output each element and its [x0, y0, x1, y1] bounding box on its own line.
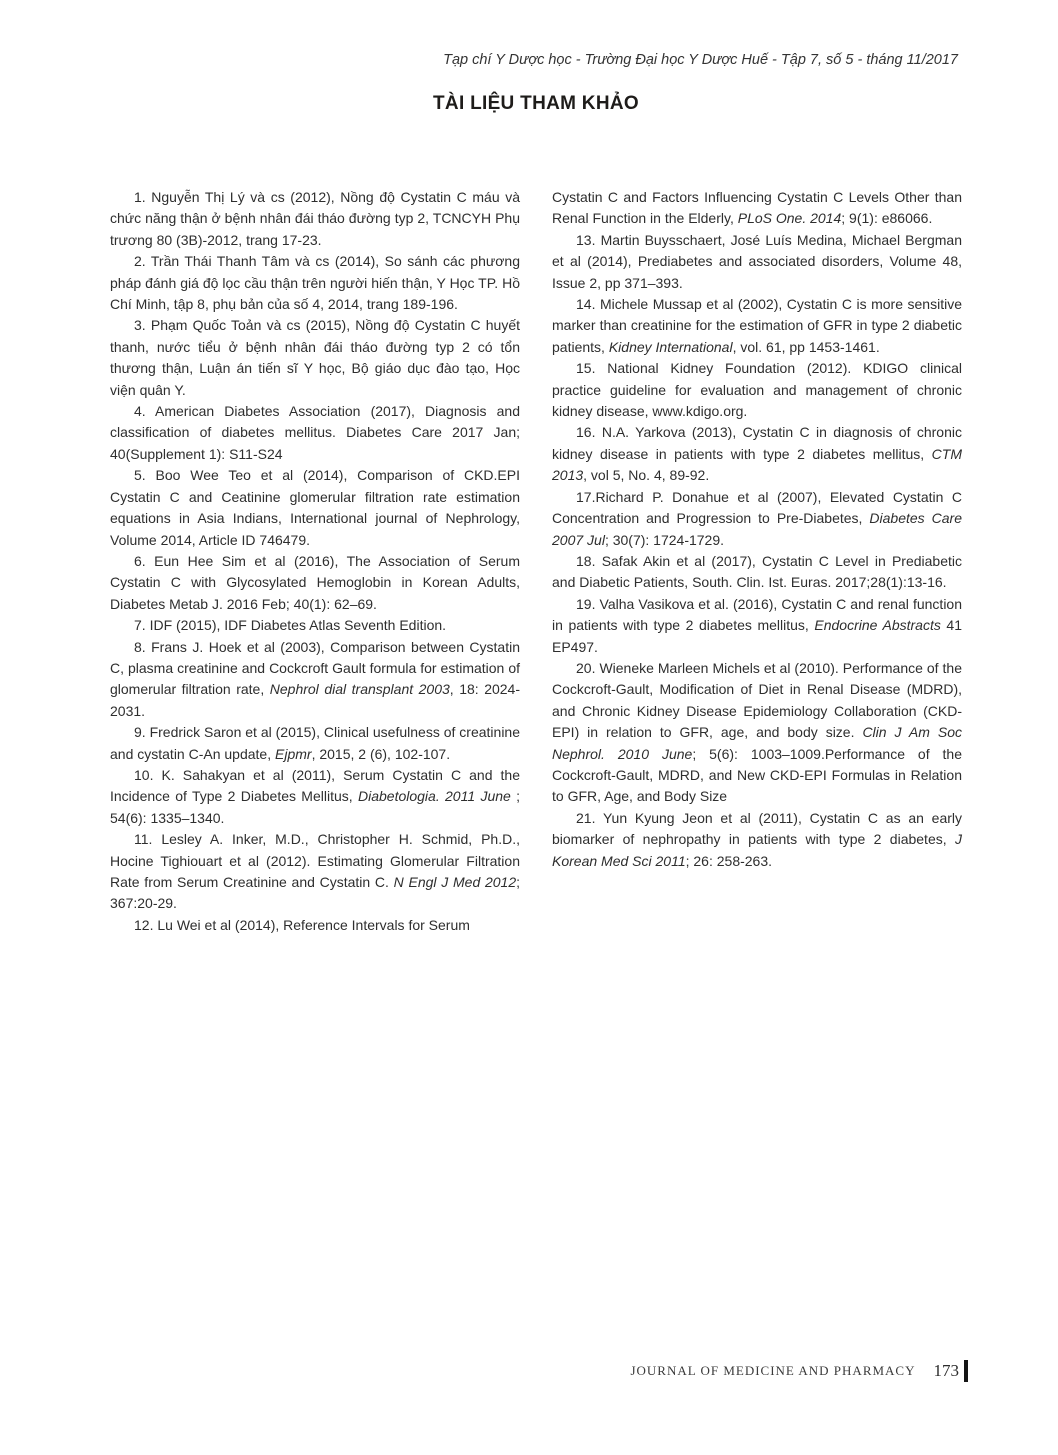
reference-paragraph: 12. Lu Wei et al (2014), Reference Inter… — [110, 915, 520, 936]
reference-paragraph: 17.Richard P. Donahue et al (2007), Elev… — [552, 487, 962, 551]
footer-page-number: 173 — [934, 1361, 960, 1381]
reference-journal-italic: N Engl J Med 2012 — [394, 874, 516, 890]
footer-divider-bar — [964, 1360, 968, 1382]
reference-text: 5. Boo Wee Teo et al (2014), Comparison … — [110, 467, 520, 547]
reference-paragraph: 9. Fredrick Saron et al (2015), Clinical… — [110, 722, 520, 765]
reference-paragraph: 7. IDF (2015), IDF Diabetes Atlas Sevent… — [110, 615, 520, 636]
reference-paragraph: 14. Michele Mussap et al (2002), Cystati… — [552, 294, 962, 358]
references-columns: 1. Nguyễn Thị Lý và cs (2012), Nồng độ C… — [110, 187, 962, 936]
reference-paragraph: 3. Phạm Quốc Toản và cs (2015), Nồng độ … — [110, 315, 520, 401]
reference-text: 7. IDF (2015), IDF Diabetes Atlas Sevent… — [134, 617, 446, 633]
reference-journal-italic: Nephrol dial transplant 2003 — [270, 681, 450, 697]
page-footer: JOURNAL OF MEDICINE AND PHARMACY 173 — [630, 1360, 968, 1382]
reference-text: 2. Trần Thái Thanh Tâm và cs (2014), So … — [110, 253, 520, 312]
reference-journal-italic: PLoS One. 2014 — [738, 210, 842, 226]
reference-journal-italic: Kidney International — [609, 339, 733, 355]
reference-text: 12. Lu Wei et al (2014), Reference Inter… — [134, 917, 470, 933]
reference-paragraph: 5. Boo Wee Teo et al (2014), Comparison … — [110, 465, 520, 551]
reference-text: 18. Safak Akin et al (2017), Cystatin C … — [552, 553, 962, 590]
reference-paragraph: 8. Frans J. Hoek et al (2003), Compariso… — [110, 637, 520, 723]
reference-paragraph: 16. N.A. Yarkova (2013), Cystatin C in d… — [552, 422, 962, 486]
reference-journal-italic: Diabetologia. 2011 June — [358, 788, 511, 804]
reference-paragraph: 18. Safak Akin et al (2017), Cystatin C … — [552, 551, 962, 594]
reference-paragraph: 10. K. Sahakyan et al (2011), Serum Cyst… — [110, 765, 520, 829]
reference-paragraph: 11. Lesley A. Inker, M.D., Christopher H… — [110, 829, 520, 915]
reference-text: 6. Eun Hee Sim et al (2016), The Associa… — [110, 553, 520, 612]
reference-text: 3. Phạm Quốc Toản và cs (2015), Nồng độ … — [110, 317, 520, 397]
reference-paragraph: 21. Yun Kyung Jeon et al (2011), Cystati… — [552, 808, 962, 872]
reference-journal-italic: Endocrine Abstracts — [814, 617, 940, 633]
section-title: TÀI LIỆU THAM KHẢO — [110, 93, 962, 115]
reference-text: , 2015, 2 (6), 102-107. — [312, 746, 451, 762]
reference-text: 16. N.A. Yarkova (2013), Cystatin C in d… — [552, 424, 962, 461]
reference-text: 21. Yun Kyung Jeon et al (2011), Cystati… — [552, 810, 962, 847]
reference-paragraph: 2. Trần Thái Thanh Tâm và cs (2014), So … — [110, 251, 520, 315]
reference-paragraph: 20. Wieneke Marleen Michels et al (2010)… — [552, 658, 962, 808]
reference-paragraph: 4. American Diabetes Association (2017),… — [110, 401, 520, 465]
reference-paragraph: 6. Eun Hee Sim et al (2016), The Associa… — [110, 551, 520, 615]
reference-paragraph: Cystatin C and Factors Influencing Cysta… — [552, 187, 962, 230]
reference-journal-italic: Ejpmr — [275, 746, 312, 762]
reference-paragraph: 19. Valha Vasikova et al. (2016), Cystat… — [552, 594, 962, 658]
reference-text: ; 30(7): 1724-1729. — [605, 532, 724, 548]
reference-text: 4. American Diabetes Association (2017),… — [110, 403, 520, 462]
reference-text: , vol 5, No. 4, 89-92. — [583, 467, 709, 483]
references-column-left: 1. Nguyễn Thị Lý và cs (2012), Nồng độ C… — [110, 187, 520, 936]
document-page: Tạp chí Y Dược học - Trường Đại học Y Dư… — [0, 0, 1058, 1455]
footer-journal-name: JOURNAL OF MEDICINE AND PHARMACY — [630, 1363, 915, 1379]
reference-text: ; 26: 258-263. — [686, 853, 772, 869]
reference-text: , vol. 61, pp 1453-1461. — [733, 339, 880, 355]
reference-paragraph: 1. Nguyễn Thị Lý và cs (2012), Nồng độ C… — [110, 187, 520, 251]
reference-text: 15. National Kidney Foundation (2012). K… — [552, 360, 962, 419]
references-column-right: Cystatin C and Factors Influencing Cysta… — [552, 187, 962, 936]
running-header: Tạp chí Y Dược học - Trường Đại học Y Dư… — [443, 52, 958, 68]
reference-text: ; 9(1): e86066. — [841, 210, 932, 226]
reference-text: 13. Martin Buysschaert, José Luís Medina… — [552, 232, 962, 291]
reference-paragraph: 15. National Kidney Foundation (2012). K… — [552, 358, 962, 422]
reference-paragraph: 13. Martin Buysschaert, José Luís Medina… — [552, 230, 962, 294]
reference-text: 1. Nguyễn Thị Lý và cs (2012), Nồng độ C… — [110, 189, 520, 248]
